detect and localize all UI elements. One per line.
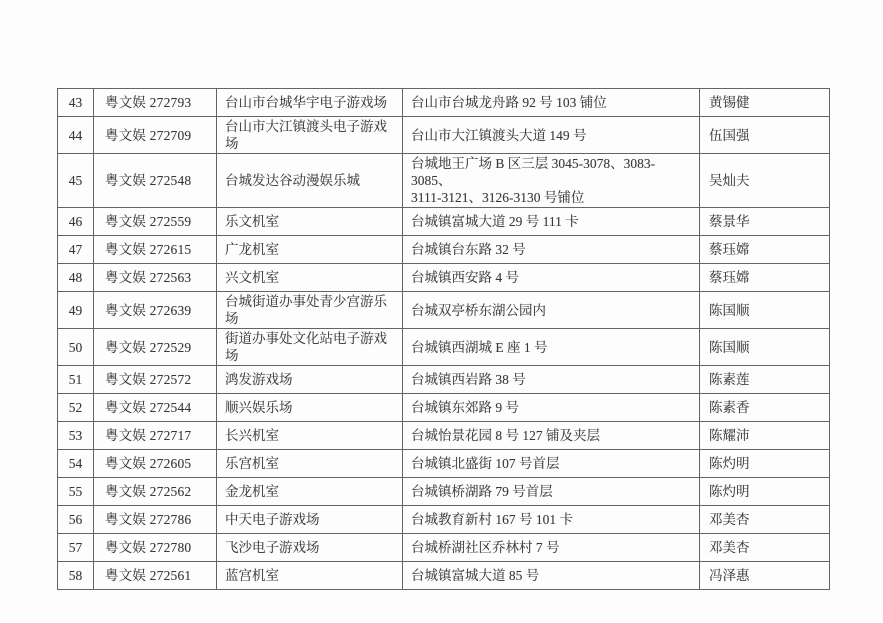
cell-address: 台山市大江镇渡头大道 149 号 [403, 117, 700, 154]
cell-license-number: 粤文娱 272563 [94, 264, 217, 292]
cell-license-number: 粤文娱 272561 [94, 562, 217, 590]
cell-license-number: 粤文娱 272605 [94, 450, 217, 478]
table-row: 58 粤文娱 272561 蓝宫机室 台城镇富城大道 85 号 冯泽惠 [58, 562, 830, 590]
table-row: 48 粤文娱 272563 兴文机室 台城镇西安路 4 号 蔡珏嫦 [58, 264, 830, 292]
cell-license-number: 粤文娱 272793 [94, 89, 217, 117]
cell-venue-name: 台山市大江镇渡头电子游戏场 [217, 117, 403, 154]
cell-address: 台城桥湖社区乔林村 7 号 [403, 534, 700, 562]
cell-venue-name: 鸿发游戏场 [217, 366, 403, 394]
cell-license-number: 粤文娱 272780 [94, 534, 217, 562]
cell-venue-name: 台山市台城华宇电子游戏场 [217, 89, 403, 117]
cell-license-number: 粤文娱 272548 [94, 154, 217, 208]
cell-row-number: 55 [58, 478, 94, 506]
cell-address: 台城镇富城大道 85 号 [403, 562, 700, 590]
cell-row-number: 43 [58, 89, 94, 117]
cell-license-number: 粤文娱 272639 [94, 292, 217, 329]
cell-license-number: 粤文娱 272529 [94, 329, 217, 366]
cell-venue-name: 蓝宫机室 [217, 562, 403, 590]
cell-license-number: 粤文娱 272572 [94, 366, 217, 394]
cell-license-number: 粤文娱 272786 [94, 506, 217, 534]
cell-venue-name: 顺兴娱乐场 [217, 394, 403, 422]
cell-license-number: 粤文娱 272544 [94, 394, 217, 422]
table-row: 47 粤文娱 272615 广龙机室 台城镇台东路 32 号 蔡珏嫦 [58, 236, 830, 264]
cell-person-name: 邓美杏 [700, 506, 830, 534]
cell-venue-name: 台城街道办事处青少宫游乐场 [217, 292, 403, 329]
cell-row-number: 53 [58, 422, 94, 450]
cell-license-number: 粤文娱 272559 [94, 208, 217, 236]
cell-address: 台城镇西湖城 E 座 1 号 [403, 329, 700, 366]
cell-address: 台城镇东郊路 9 号 [403, 394, 700, 422]
table-row: 43 粤文娱 272793 台山市台城华宇电子游戏场 台山市台城龙舟路 92 号… [58, 89, 830, 117]
cell-address: 台城怡景花园 8 号 127 铺及夹层 [403, 422, 700, 450]
cell-address: 台城镇富城大道 29 号 111 卡 [403, 208, 700, 236]
cell-person-name: 陈灼明 [700, 478, 830, 506]
cell-venue-name: 中天电子游戏场 [217, 506, 403, 534]
cell-venue-name: 飞沙电子游戏场 [217, 534, 403, 562]
table-row: 50 粤文娱 272529 街道办事处文化站电子游戏场 台城镇西湖城 E 座 1… [58, 329, 830, 366]
cell-venue-name: 台城发达谷动漫娱乐城 [217, 154, 403, 208]
table-row: 52 粤文娱 272544 顺兴娱乐场 台城镇东郊路 9 号 陈素香 [58, 394, 830, 422]
cell-row-number: 48 [58, 264, 94, 292]
cell-venue-name: 兴文机室 [217, 264, 403, 292]
cell-row-number: 52 [58, 394, 94, 422]
cell-person-name: 陈素香 [700, 394, 830, 422]
table-row: 57 粤文娱 272780 飞沙电子游戏场 台城桥湖社区乔林村 7 号 邓美杏 [58, 534, 830, 562]
cell-address: 台山市台城龙舟路 92 号 103 铺位 [403, 89, 700, 117]
cell-person-name: 陈灼明 [700, 450, 830, 478]
cell-address: 台城镇北盛街 107 号首层 [403, 450, 700, 478]
table-row: 55 粤文娱 272562 金龙机室 台城镇桥湖路 79 号首层 陈灼明 [58, 478, 830, 506]
cell-row-number: 46 [58, 208, 94, 236]
cell-row-number: 56 [58, 506, 94, 534]
cell-person-name: 伍国强 [700, 117, 830, 154]
cell-license-number: 粤文娱 272615 [94, 236, 217, 264]
scanned-document-page: 43 粤文娱 272793 台山市台城华宇电子游戏场 台山市台城龙舟路 92 号… [0, 0, 883, 623]
cell-license-number: 粤文娱 272562 [94, 478, 217, 506]
cell-person-name: 黄锡健 [700, 89, 830, 117]
table-row: 54 粤文娱 272605 乐宫机室 台城镇北盛街 107 号首层 陈灼明 [58, 450, 830, 478]
table-row: 44 粤文娱 272709 台山市大江镇渡头电子游戏场 台山市大江镇渡头大道 1… [58, 117, 830, 154]
cell-address: 台城双亭桥东湖公园内 [403, 292, 700, 329]
cell-row-number: 44 [58, 117, 94, 154]
table-row: 53 粤文娱 272717 长兴机室 台城怡景花园 8 号 127 铺及夹层 陈… [58, 422, 830, 450]
cell-license-number: 粤文娱 272709 [94, 117, 217, 154]
venue-license-table: 43 粤文娱 272793 台山市台城华宇电子游戏场 台山市台城龙舟路 92 号… [57, 88, 830, 590]
table-row: 51 粤文娱 272572 鸿发游戏场 台城镇西岩路 38 号 陈素莲 [58, 366, 830, 394]
cell-person-name: 陈国顺 [700, 292, 830, 329]
cell-venue-name: 金龙机室 [217, 478, 403, 506]
cell-address: 台城镇西岩路 38 号 [403, 366, 700, 394]
cell-address: 台城镇桥湖路 79 号首层 [403, 478, 700, 506]
cell-venue-name: 乐文机室 [217, 208, 403, 236]
cell-person-name: 吴灿夫 [700, 154, 830, 208]
cell-row-number: 57 [58, 534, 94, 562]
cell-row-number: 49 [58, 292, 94, 329]
cell-person-name: 蔡珏嫦 [700, 236, 830, 264]
cell-row-number: 58 [58, 562, 94, 590]
table-row: 56 粤文娱 272786 中天电子游戏场 台城教育新村 167 号 101 卡… [58, 506, 830, 534]
table-row: 49 粤文娱 272639 台城街道办事处青少宫游乐场 台城双亭桥东湖公园内 陈… [58, 292, 830, 329]
cell-person-name: 冯泽惠 [700, 562, 830, 590]
cell-row-number: 47 [58, 236, 94, 264]
cell-person-name: 陈耀沛 [700, 422, 830, 450]
cell-row-number: 54 [58, 450, 94, 478]
venue-table-body: 43 粤文娱 272793 台山市台城华宇电子游戏场 台山市台城龙舟路 92 号… [58, 89, 830, 590]
table-row: 46 粤文娱 272559 乐文机室 台城镇富城大道 29 号 111 卡 蔡景… [58, 208, 830, 236]
cell-license-number: 粤文娱 272717 [94, 422, 217, 450]
cell-person-name: 陈国顺 [700, 329, 830, 366]
cell-row-number: 51 [58, 366, 94, 394]
cell-venue-name: 广龙机室 [217, 236, 403, 264]
cell-address: 台城镇台东路 32 号 [403, 236, 700, 264]
cell-person-name: 邓美杏 [700, 534, 830, 562]
cell-person-name: 蔡景华 [700, 208, 830, 236]
cell-person-name: 蔡珏嫦 [700, 264, 830, 292]
cell-row-number: 50 [58, 329, 94, 366]
cell-venue-name: 乐宫机室 [217, 450, 403, 478]
cell-row-number: 45 [58, 154, 94, 208]
table-row: 45 粤文娱 272548 台城发达谷动漫娱乐城 台城地王广场 B 区三层 30… [58, 154, 830, 208]
cell-address: 台城教育新村 167 号 101 卡 [403, 506, 700, 534]
cell-person-name: 陈素莲 [700, 366, 830, 394]
cell-venue-name: 街道办事处文化站电子游戏场 [217, 329, 403, 366]
cell-address: 台城地王广场 B 区三层 3045-3078、3083-3085、 3111-3… [403, 154, 700, 208]
cell-address: 台城镇西安路 4 号 [403, 264, 700, 292]
cell-venue-name: 长兴机室 [217, 422, 403, 450]
